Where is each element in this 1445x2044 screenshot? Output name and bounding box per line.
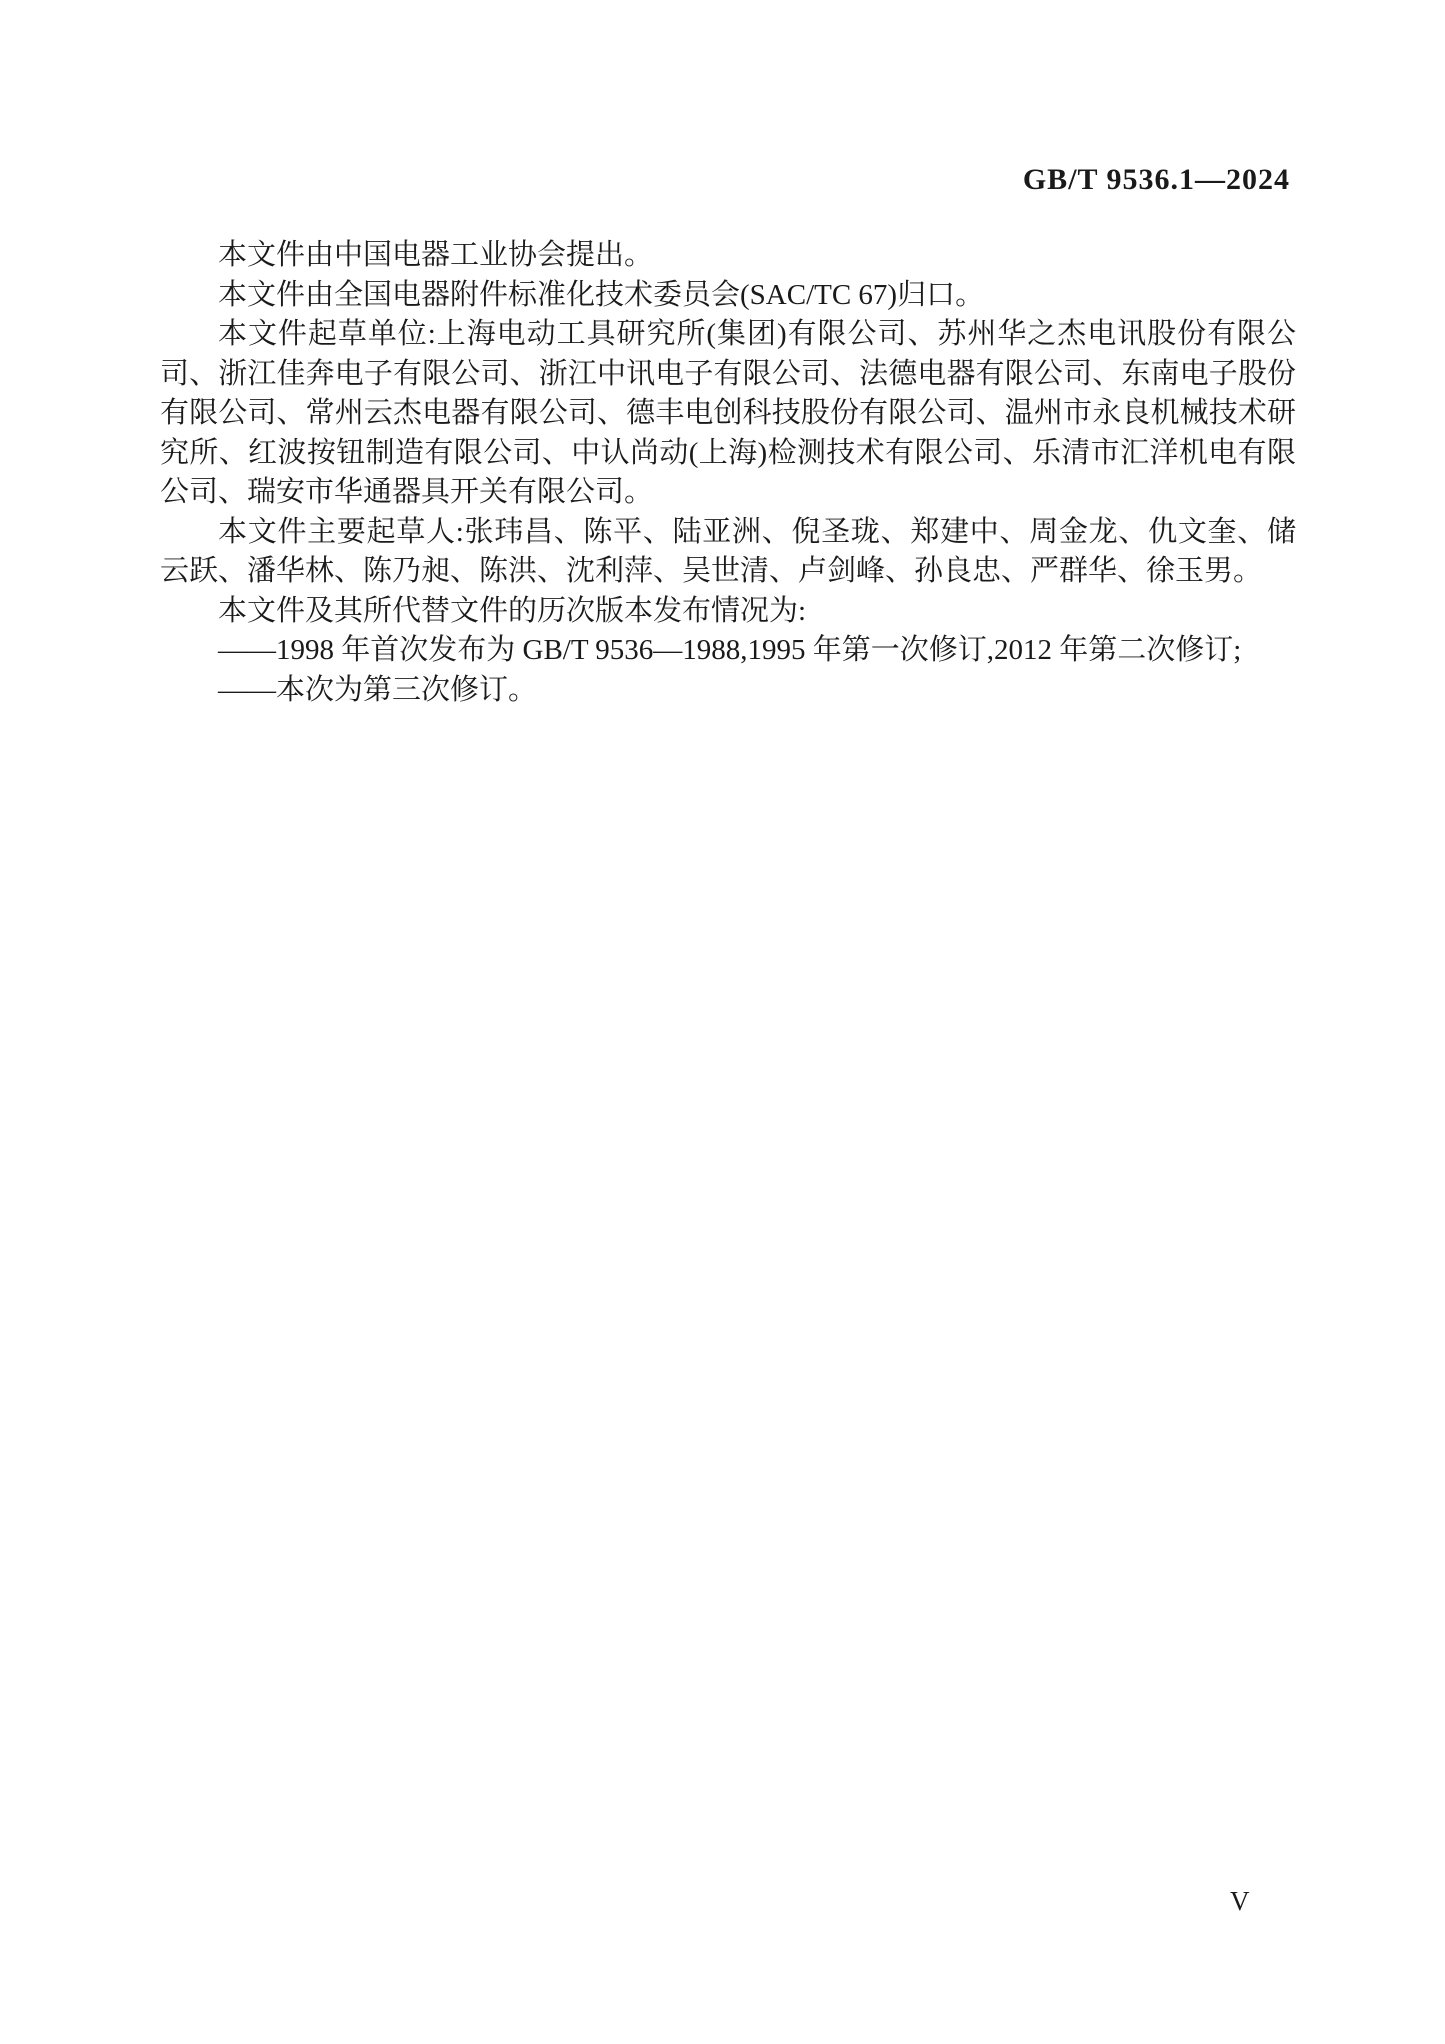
history-item-current-revision: ——本次为第三次修订。: [160, 671, 1296, 711]
paragraph-centralized-by: 本文件由全国电器附件标准化技术委员会(SAC/TC 67)归口。: [160, 276, 1296, 316]
foreword-body: 本文件由中国电器工业协会提出。 本文件由全国电器附件标准化技术委员会(SAC/T…: [160, 236, 1296, 710]
page-number: V: [1230, 1886, 1250, 1917]
paragraph-drafting-organizations: 本文件起草单位:上海电动工具研究所(集团)有限公司、苏州华之杰电讯股份有限公司、…: [160, 315, 1296, 513]
history-item-first-publication: ——1998 年首次发布为 GB/T 9536—1988,1995 年第一次修订…: [160, 631, 1296, 671]
paragraph-main-drafters: 本文件主要起草人:张玮昌、陈平、陆亚洲、倪圣珑、郑建中、周金龙、仇文奎、储云跃、…: [160, 513, 1296, 592]
paragraph-history-intro: 本文件及其所代替文件的历次版本发布情况为:: [160, 592, 1296, 632]
document-page: GB/T 9536.1—2024 本文件由中国电器工业协会提出。 本文件由全国电…: [0, 0, 1445, 2044]
paragraph-proposed-by: 本文件由中国电器工业协会提出。: [160, 236, 1296, 276]
standard-code-header: GB/T 9536.1—2024: [1023, 163, 1290, 197]
